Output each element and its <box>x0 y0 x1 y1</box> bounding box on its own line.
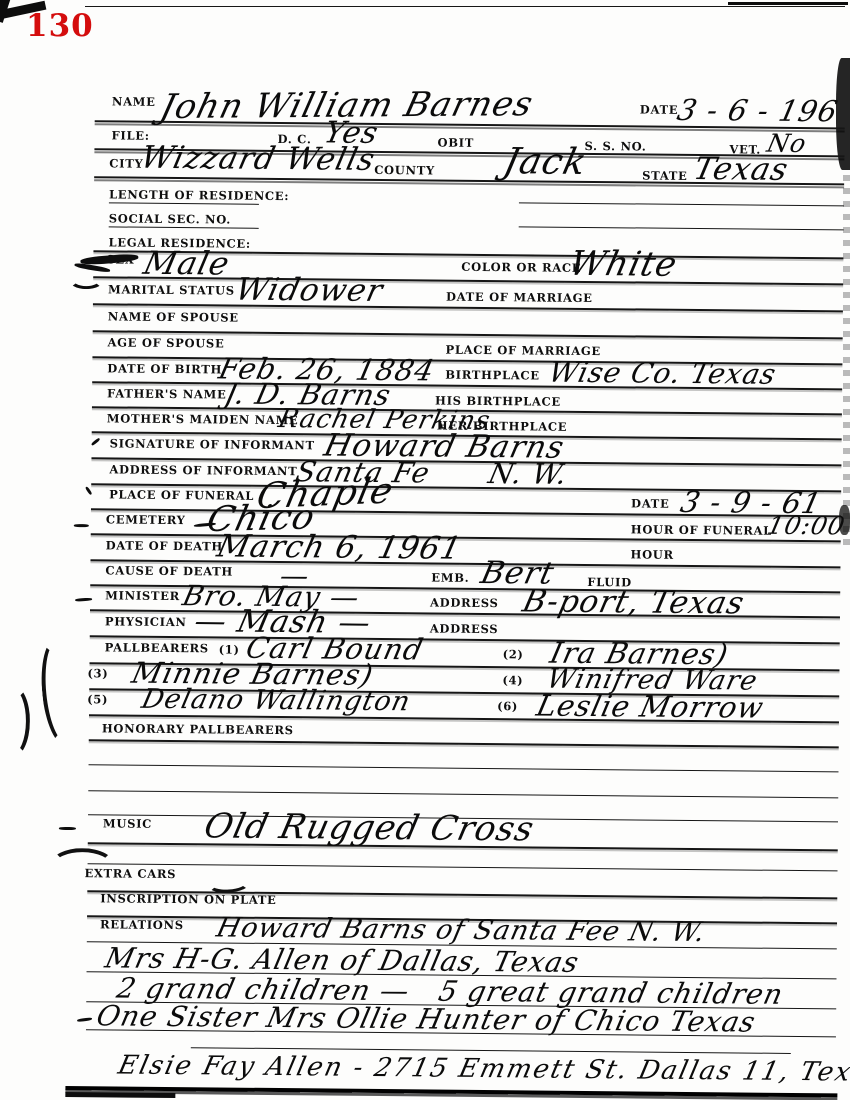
bottom-border-line <box>65 1086 837 1097</box>
margin-dash-mark <box>74 524 89 527</box>
birthplace-value: Wise Co. Texas <box>546 359 779 389</box>
pallbearer-1-num: (1) <box>219 644 240 656</box>
pallbearer-3-num: (3) <box>87 668 108 680</box>
rule-line <box>89 739 839 748</box>
county-value: Jack <box>500 144 590 181</box>
pallbearer-4-num: (4) <box>502 675 523 687</box>
cause-of-death-label: CAUSE OF DEATH <box>105 565 233 578</box>
length-of-residence-label: LENGTH OF RESIDENCE: <box>109 189 289 202</box>
fathers-name-label: FATHER'S NAME <box>107 388 226 401</box>
date-of-birth-label: DATE OF BIRTH <box>107 363 222 376</box>
music-label: MUSIC <box>103 818 152 830</box>
date-of-marriage-label: DATE OF MARRIAGE <box>446 292 593 305</box>
footer-note: Elsie Fay Allen - 2715 Emmett St. Dallas… <box>116 1053 850 1086</box>
margin-dash-mark <box>75 598 92 602</box>
rule-line <box>88 863 838 871</box>
hour-label: HOUR <box>631 549 674 561</box>
city-value: Wizzard Wells <box>138 143 378 176</box>
hour-of-funeral-value: 10:00 <box>765 513 848 539</box>
funeral-date-label: DATE <box>631 498 669 510</box>
marital-status-label: MARITAL STATUS <box>108 284 235 297</box>
color-or-race-value: White <box>567 247 681 282</box>
rule-line <box>519 202 844 206</box>
mothers-maiden-name-label: MOTHER'S MAIDEN NAME <box>107 413 299 426</box>
emb-label: EMB. <box>431 572 469 584</box>
minister-address-label: ADDRESS <box>430 597 499 609</box>
brace-ink-mark <box>0 685 30 757</box>
minister-label: MINISTER <box>105 590 180 602</box>
scribble-arc-mark <box>206 872 251 894</box>
date-label: DATE <box>640 104 678 116</box>
physician-address-label: ADDRESS <box>430 623 499 635</box>
rule-line <box>89 764 839 772</box>
margin-tick-mark <box>91 437 101 446</box>
pallbearer-5-num: (5) <box>87 694 108 706</box>
physician-label: PHYSICIAN <box>105 616 187 628</box>
cemetery-label: CEMETERY <box>106 514 186 526</box>
pallbearers-label: PALLBEARERS <box>105 642 209 654</box>
birthplace-label: BIRTHPLACE <box>445 370 540 382</box>
color-or-race-label: COLOR OR RACE <box>461 262 581 275</box>
state-value: Texas <box>691 154 791 186</box>
file-label: FILE: <box>112 130 150 142</box>
obit-label: OBIT <box>437 138 474 150</box>
minister-address-value: B-port, Texas <box>520 586 748 619</box>
relations-line-1: Howard Barns of Santa Fee N. W. <box>214 914 708 946</box>
brace-ink-mark <box>37 636 85 747</box>
social-sec-no-label: SOCIAL SEC. NO. <box>109 213 231 226</box>
margin-dash-mark <box>59 827 76 830</box>
ssno-label: S. S. NO. <box>584 141 646 153</box>
pallbearer-2-num: (2) <box>503 649 524 661</box>
state-label: STATE <box>642 170 687 182</box>
sex-scribble-ink <box>68 268 104 289</box>
honorary-pallbearers-label: HONORARY PALLBEARERS <box>102 723 294 736</box>
pallbearer-5-name: Delano Wallington <box>139 686 413 716</box>
date-value: 3 - 6 - 196 <box>675 96 841 126</box>
top-edge-ink <box>728 2 848 5</box>
marital-status-value: Widower <box>233 275 386 307</box>
pallbearer-6-num: (6) <box>497 701 518 713</box>
relations-label: RELATIONS <box>100 919 184 931</box>
pallbearer-6-name: Leslie Morrow <box>534 692 767 723</box>
inscription-on-plate-label: INSCRIPTION ON PLATE <box>100 893 276 906</box>
rule-line <box>109 226 259 228</box>
funeral-record-form: NAME John William Barnes DATE 3 - 6 - 19… <box>0 0 850 1100</box>
date-of-death-value: March 6, 1961 <box>214 531 464 564</box>
rule-line <box>519 226 844 230</box>
margin-dash-mark <box>77 1017 92 1022</box>
signature-of-informant-label: SIGNATURE OF INFORMANT <box>110 438 315 451</box>
name-of-spouse-label: NAME OF SPOUSE <box>108 311 239 324</box>
name-label: NAME <box>112 96 156 108</box>
extra-cars-label: EXTRA CARS <box>84 868 176 880</box>
age-of-spouse-label: AGE OF SPOUSE <box>108 337 225 350</box>
hour-of-funeral-label: HOUR OF FUNERAL <box>631 524 772 537</box>
sex-value: Male <box>141 247 233 280</box>
relations-line-4: One Sister Mrs Ollie Hunter of Chico Tex… <box>94 1002 758 1036</box>
rule-line <box>88 790 838 798</box>
bottom-border-ink <box>65 1092 175 1098</box>
music-value: Old Rugged Cross <box>201 809 537 846</box>
scanned-funeral-record-page: 130 <box>0 0 850 1100</box>
date-of-death-label: DATE OF DEATH <box>106 540 223 553</box>
rule-line <box>109 202 259 204</box>
margin-tick-mark <box>85 486 93 495</box>
county-label: COUNTY <box>374 165 435 177</box>
